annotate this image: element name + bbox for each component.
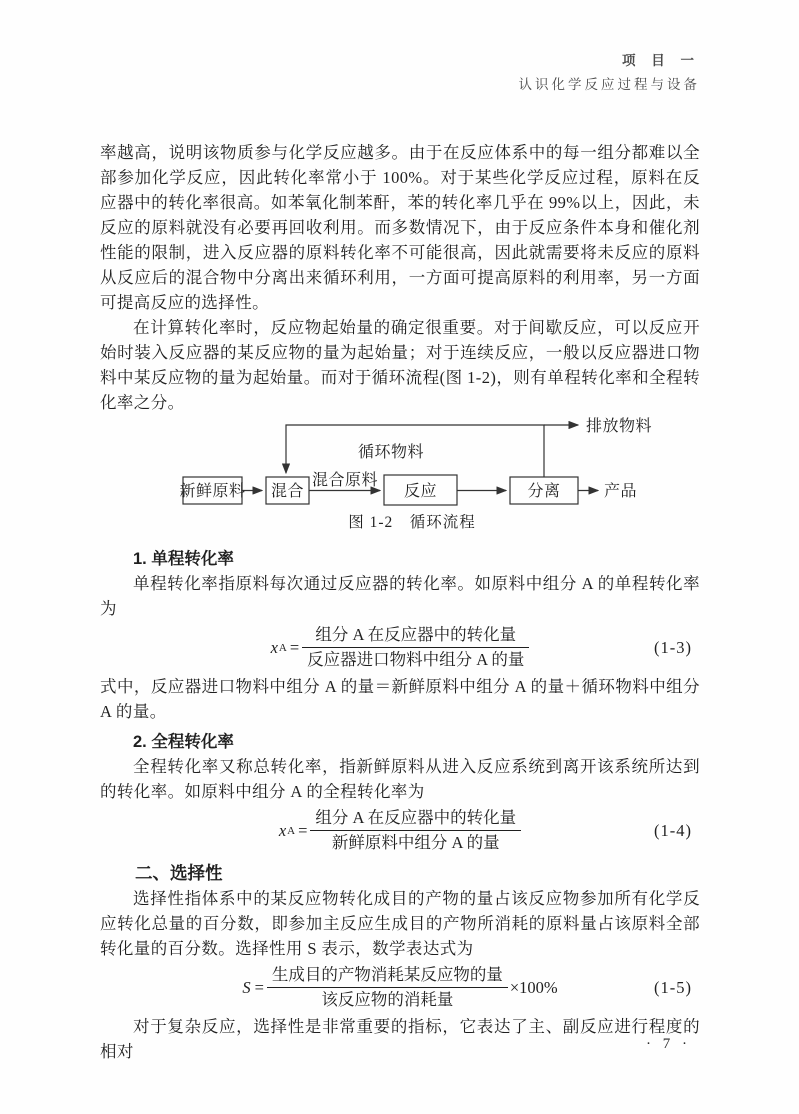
page-content: 项 目 一 认识化学反应过程与设备 率越高，说明该物质参与化学反应越多。由于在反… — [100, 0, 700, 1064]
fraction-numerator: 组分 A 在反应器中的转化量 — [302, 624, 529, 648]
formula-1-4-tag: (1-4) — [654, 821, 692, 841]
paragraph-selectivity-outro: 对于复杂反应，选择性是非常重要的指标，它表达了主、副反应进行程度的相对 — [100, 1014, 700, 1064]
paragraph-starting-amount: 在计算转化率时，反应物起始量的确定很重要。对于间歇反应，可以反应开始时装入反应器… — [100, 315, 700, 415]
footer-page-number: · 7 · — [646, 1036, 691, 1053]
mixed-feed-label: 混合原料 — [312, 471, 378, 489]
recycle-stream-line — [286, 425, 578, 477]
equals-sign: = — [295, 821, 310, 841]
header-kicker: 项 目 一 — [100, 52, 700, 69]
formula-1-5: S = 生成目的产物消耗某反应物的量 该反应物的消耗量 ×100% (1-5) — [100, 964, 700, 1011]
paragraph-overall-intro: 全程转化率又称总转化率，指新鲜原料从进入反应系统到离开该系统所达到的转化率。如原… — [100, 754, 700, 804]
heading-selectivity: 二、选择性 — [100, 860, 700, 886]
formula-1-5-body: S = 生成目的产物消耗某反应物的量 该反应物的消耗量 ×100% — [242, 964, 557, 1011]
fraction-denominator: 该反应物的消耗量 — [267, 988, 508, 1011]
reaction-box: 反应 — [384, 475, 457, 505]
formula-1-3: xA = 组分 A 在反应器中的转化量 反应器进口物料中组分 A 的量 (1-3… — [100, 624, 700, 671]
formula-1-4-subscript: A — [287, 825, 295, 837]
fraction-denominator: 反应器进口物料中组分 A 的量 — [302, 648, 529, 671]
formula-1-3-subscript: A — [279, 642, 287, 654]
textbook-page: 项 目 一 认识化学反应过程与设备 率越高，说明该物质参与化学反应越多。由于在反… — [0, 0, 799, 1114]
mix-box: 混合 — [266, 477, 309, 504]
mix-label: 混合 — [271, 482, 304, 500]
fraction-numerator: 组分 A 在反应器中的转化量 — [310, 807, 521, 831]
paragraph-conversion-rate: 率越高，说明该物质参与化学反应越多。由于在反应体系中的每一组分都难以全部参加化学… — [100, 140, 700, 315]
paragraph-formula-note: 式中，反应器进口物料中组分 A 的量＝新鲜原料中组分 A 的量＋循环物料中组分 … — [100, 674, 700, 724]
fresh-feed-label: 新鲜原料 — [179, 482, 245, 500]
formula-1-3-fraction: 组分 A 在反应器中的转化量 反应器进口物料中组分 A 的量 — [302, 624, 529, 671]
header-title: 认识化学反应过程与设备 — [100, 76, 700, 93]
formula-1-5-fraction: 生成目的产物消耗某反应物的量 该反应物的消耗量 — [267, 964, 508, 1011]
formula-1-4: xA = 组分 A 在反应器中的转化量 新鲜原料中组分 A 的量 (1-4) — [100, 807, 700, 854]
formula-1-5-variable: S — [242, 978, 251, 998]
separation-box: 分离 — [510, 477, 578, 504]
fraction-numerator: 生成目的产物消耗某反应物的量 — [267, 964, 508, 988]
formula-1-5-tag: (1-5) — [654, 978, 692, 998]
formula-1-3-body: xA = 组分 A 在反应器中的转化量 反应器进口物料中组分 A 的量 — [271, 624, 530, 671]
recycle-stream-label: 循环物料 — [358, 443, 424, 461]
paragraph-single-pass-intro: 单程转化率指原料每次通过反应器的转化率。如原料中组分 A 的单程转化率为 — [100, 571, 700, 621]
heading-overall-conversion: 2. 全程转化率 — [100, 730, 700, 754]
fresh-feed-box: 新鲜原料 — [179, 477, 245, 504]
flow-diagram: 排放物料 循环物料 新鲜原料 混合 反应 分离 — [100, 415, 700, 533]
figure-caption: 图 1-2 循环流程 — [348, 513, 476, 531]
equals-sign: = — [252, 978, 267, 998]
formula-1-4-variable: x — [279, 821, 287, 841]
equals-sign: = — [287, 638, 302, 658]
formula-1-3-tag: (1-3) — [654, 638, 692, 658]
heading-single-pass-conversion: 1. 单程转化率 — [100, 547, 700, 571]
product-label: 产品 — [604, 482, 637, 500]
figure-1-2: 排放物料 循环物料 新鲜原料 混合 反应 分离 — [100, 415, 700, 533]
formula-1-4-body: xA = 组分 A 在反应器中的转化量 新鲜原料中组分 A 的量 — [279, 807, 521, 854]
purge-stream-label: 排放物料 — [586, 417, 652, 435]
reaction-label: 反应 — [404, 482, 437, 500]
formula-1-5-suffix: ×100% — [508, 978, 558, 998]
formula-1-3-variable: x — [271, 638, 279, 658]
page-header: 项 目 一 认识化学反应过程与设备 — [100, 0, 700, 93]
paragraph-selectivity-intro: 选择性指体系中的某反应物转化成目的产物的量占该反应物参加所有化学反应转化总量的百… — [100, 886, 700, 961]
formula-1-4-fraction: 组分 A 在反应器中的转化量 新鲜原料中组分 A 的量 — [310, 807, 521, 854]
separation-label: 分离 — [527, 482, 560, 500]
fraction-denominator: 新鲜原料中组分 A 的量 — [310, 831, 521, 854]
